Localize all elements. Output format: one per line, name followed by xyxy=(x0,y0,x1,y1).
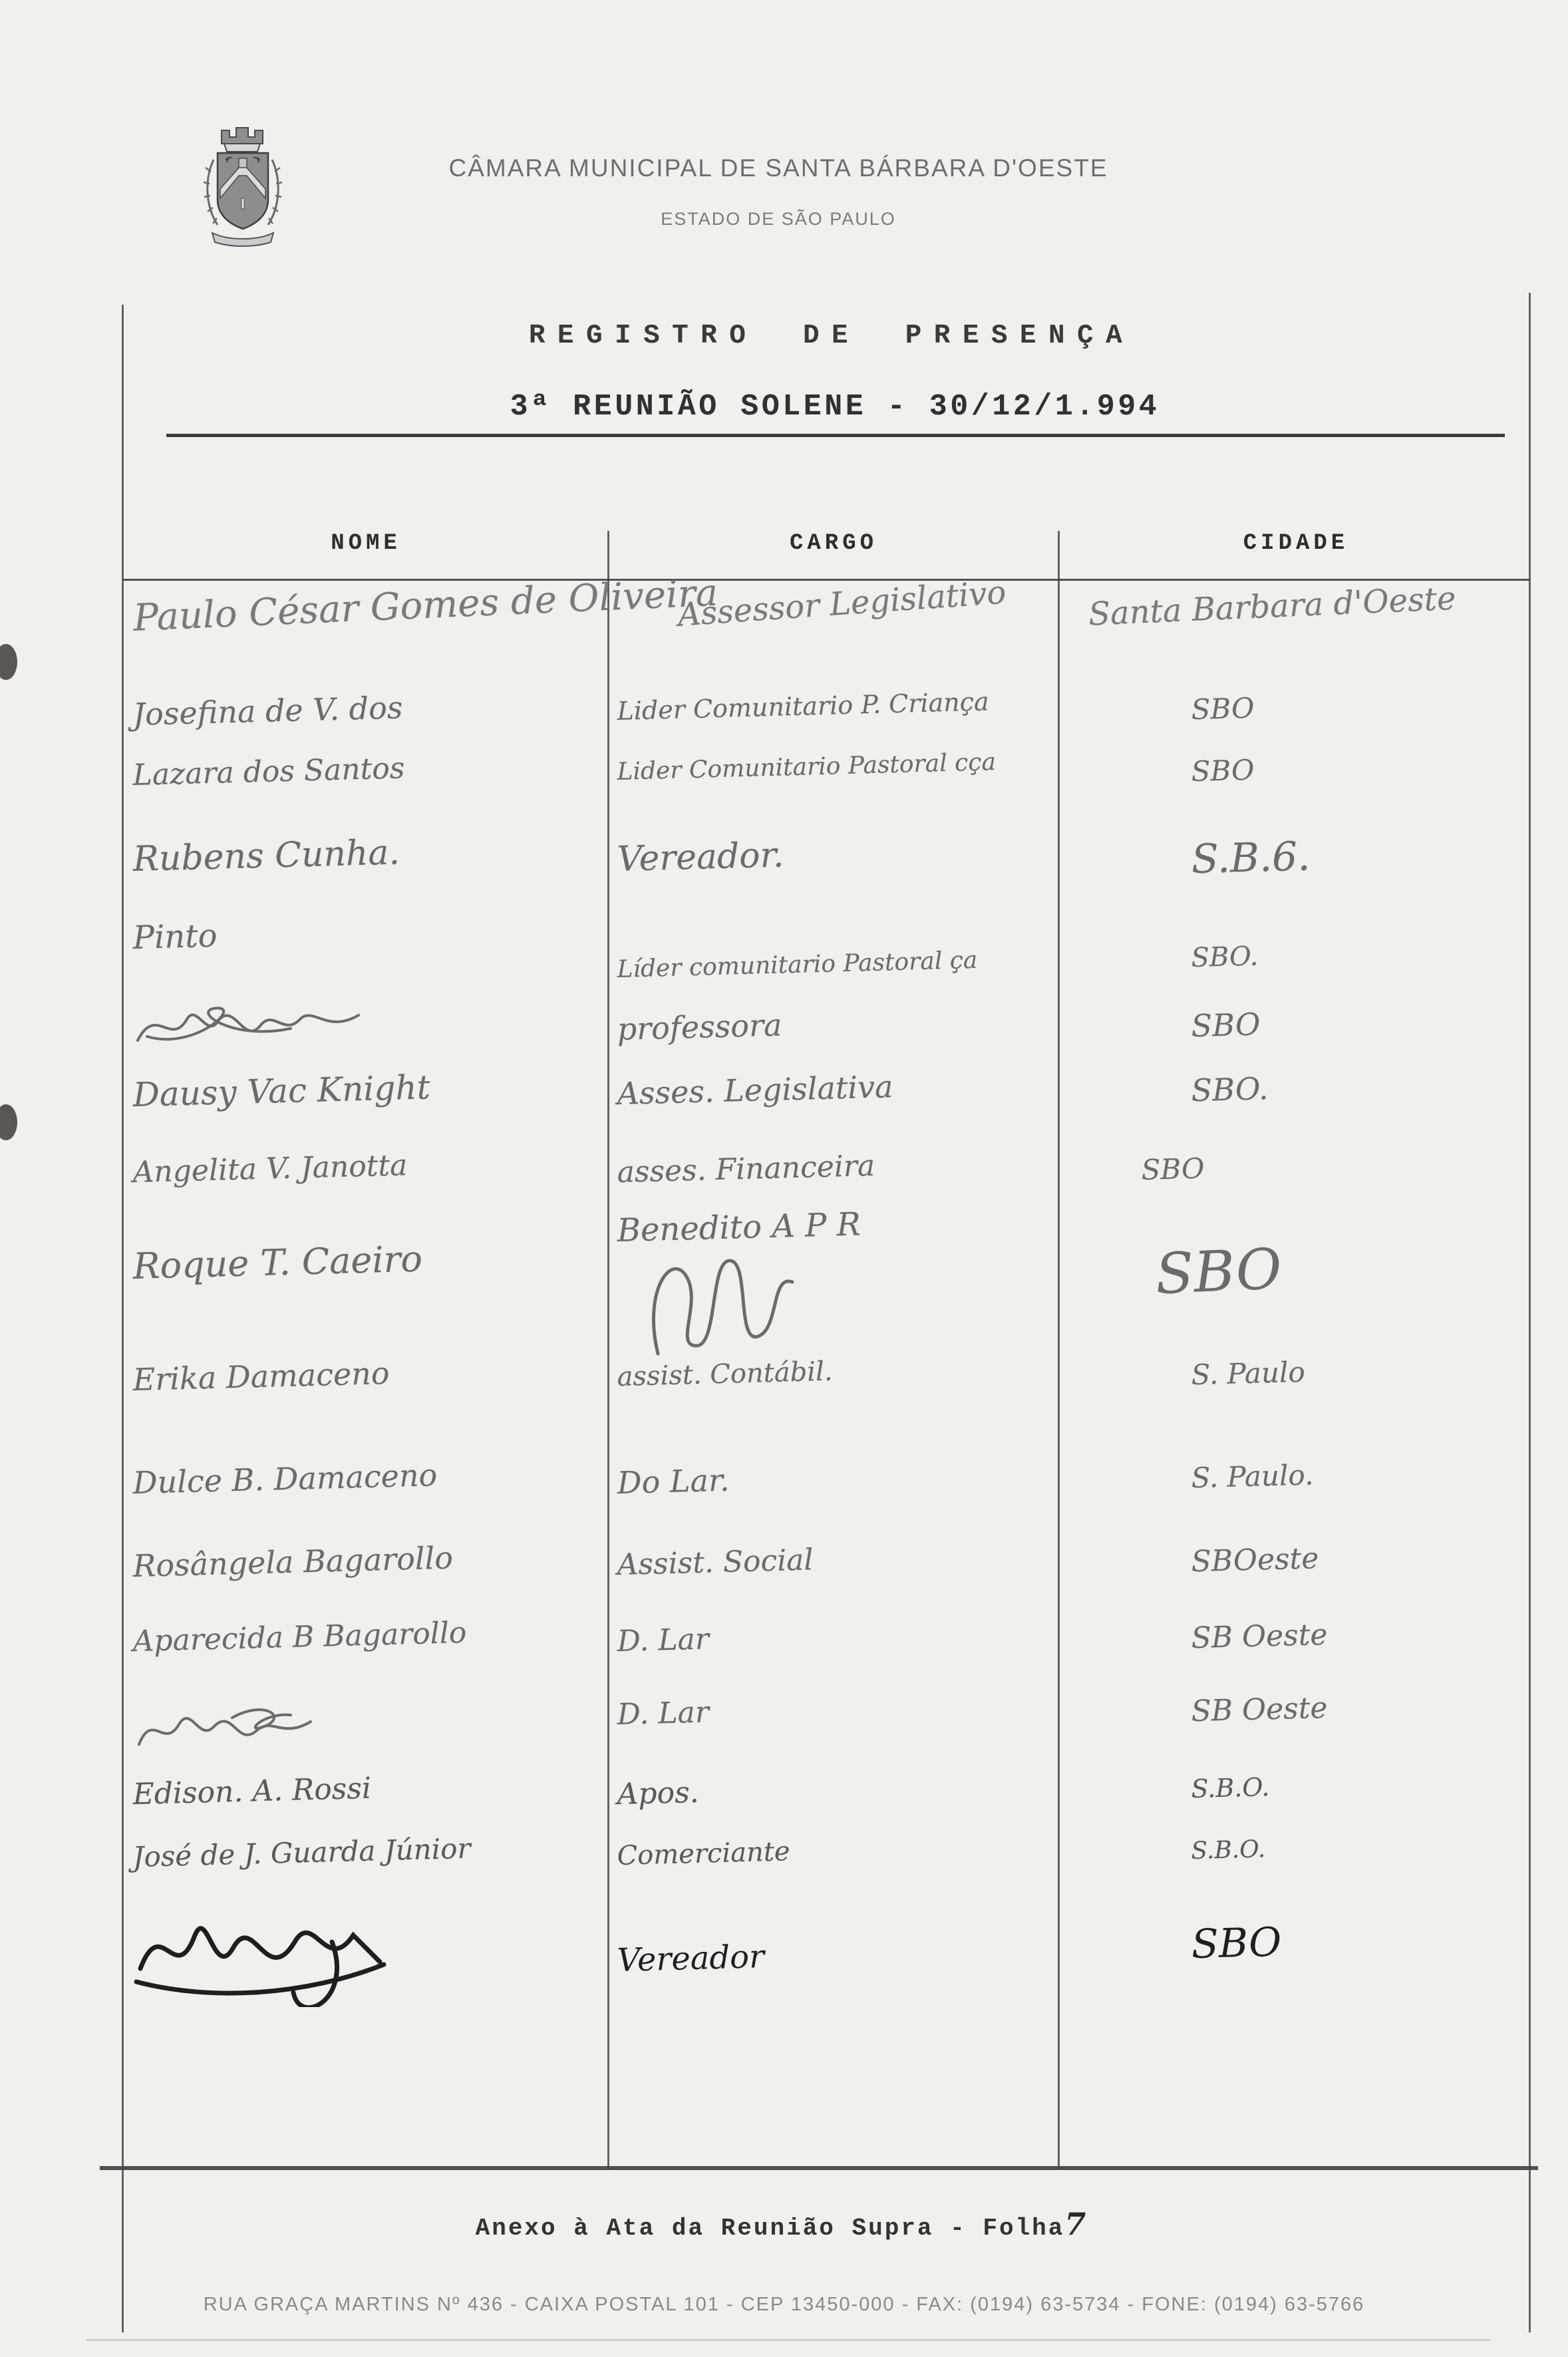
municipal-crest-icon xyxy=(202,120,284,250)
footer-page-number: 7 xyxy=(1064,2206,1088,2242)
table-row: Dausy Vac Knight Asses. Legislativa SBO. xyxy=(123,1076,1530,1156)
signee-cidade: SBO xyxy=(1068,1913,1527,1971)
signee-cidade: SBO xyxy=(1068,999,1526,1047)
signee-cidade: SBO xyxy=(1068,685,1526,729)
signee-cargo-group: assist. Contábil. xyxy=(617,1362,1058,1392)
signee-name: Dulce B. Damaceno xyxy=(132,1452,609,1501)
signee-name: Roque T. Caeiro xyxy=(132,1233,609,1287)
table-row: Erika Damaceno assist. Contábil. S. Paul… xyxy=(123,1362,1530,1442)
signee-cidade: SBO xyxy=(1068,1225,1528,1311)
meeting-title: 3ª REUNIÃO SOLENE - 30/12/1.994 xyxy=(269,390,1400,424)
column-header-cargo: CARGO xyxy=(734,531,933,556)
illegible-signature-scribble xyxy=(132,999,372,1062)
signee-cargo: professora xyxy=(617,1000,1058,1047)
table-row: Dulce B. Damaceno Do Lar. S. Paulo. xyxy=(123,1465,1530,1545)
signee-name xyxy=(132,999,608,1066)
signee-cargo: Lider Comunitario P. Criança xyxy=(617,685,1058,726)
illegible-signature-scribble xyxy=(132,1901,398,2007)
table-row: D. Lar SB Oeste xyxy=(123,1698,1530,1778)
footer-note-line: Anexo à Ata da Reunião Supra - Folha7 xyxy=(266,2206,1297,2242)
signature-table: Paulo César Gomes de Oliveira Assessor L… xyxy=(123,580,1530,2167)
binder-mark xyxy=(0,1104,17,1140)
signee-cargo: Assessor Legislativo xyxy=(677,566,1119,634)
table-row: Paulo César Gomes de Oliveira Assessor L… xyxy=(123,597,1530,677)
column-header-cidade: CIDADE xyxy=(1196,531,1396,556)
signee-cargo: Líder comunitario Pastoral ça xyxy=(617,945,1058,983)
footer-note: Anexo à Ata da Reunião Supra - Folha xyxy=(476,2215,1065,2242)
table-row: Rubens Cunha. Vereador. S.B.6. xyxy=(123,840,1530,919)
table-row: professora SBO xyxy=(123,999,1530,1079)
page-title: REGISTRO DE PRESENÇA xyxy=(266,321,1397,351)
signee-name: Josefina de V. dos xyxy=(132,684,609,732)
org-subtitle: ESTADO DE SÃO PAULO xyxy=(279,209,1277,230)
signee-cidade: Santa Barbara d'Oeste xyxy=(1068,577,1527,634)
signee-cargo: Do Lar. xyxy=(617,1454,1058,1501)
binder-mark xyxy=(0,644,17,680)
address-line: RUA GRAÇA MARTINS Nº 436 - CAIXA POSTAL … xyxy=(0,2294,1568,2316)
table-row: Pinto Líder comunitario Pastoral ça SBO. xyxy=(123,919,1530,999)
signee-name: Erika Damaceno xyxy=(132,1349,609,1398)
signee-name xyxy=(132,1901,608,2010)
footer-rule xyxy=(86,2339,1490,2341)
column-header-nome: NOME xyxy=(266,531,466,556)
scanned-attendance-sheet: CÂMARA MUNICIPAL DE SANTA BÁRBARA D'OEST… xyxy=(0,0,1568,2357)
signee-cidade: SBO. xyxy=(1068,934,1526,977)
meeting-underline xyxy=(166,434,1505,437)
table-row: Vereador SBO xyxy=(123,1901,1530,1980)
signee-name: Paulo César Gomes de Oliveira xyxy=(132,576,609,640)
illegible-signature-scribble xyxy=(132,1698,319,1761)
table-row: Roque T. Caeiro Benedito A P R SBO xyxy=(123,1229,1530,1309)
org-name: CÂMARA MUNICIPAL DE SANTA BÁRBARA D'OEST… xyxy=(279,154,1277,182)
signee-cidade: S. Paulo xyxy=(1068,1350,1526,1394)
illegible-signature-scribble xyxy=(637,1242,803,1362)
table-row: Lazara dos Santos Lider Comunitario Past… xyxy=(123,758,1530,838)
signee-cidade: S. Paulo. xyxy=(1068,1453,1526,1497)
table-row: Rosângela Bagarollo Assist. Social SBOes… xyxy=(123,1548,1530,1628)
signee-cargo: Vereador xyxy=(617,1931,1058,1979)
signee-name xyxy=(132,1698,608,1764)
